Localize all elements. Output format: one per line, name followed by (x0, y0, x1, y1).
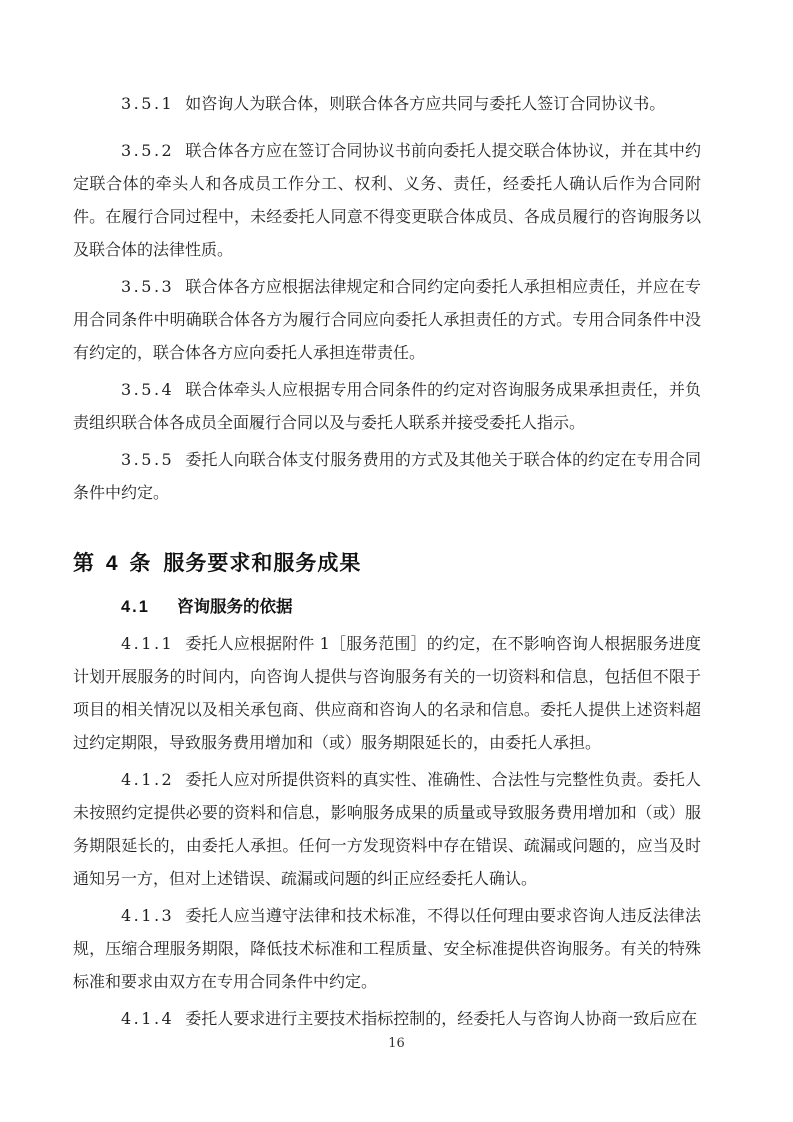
clause-paragraph-4-1-4: 4.1.4委托人要求进行主要技术指标控制的，经委托人与咨询人协商一致后应在 (73, 1002, 701, 1035)
clause-number: 4.1.2 (121, 770, 174, 789)
clause-number: 4.1.4 (121, 1009, 174, 1028)
section-title: 咨询服务的依据 (177, 598, 293, 616)
clause-paragraph-3-5-5: 3.5.5委托人向联合体支付服务费用的方式及其他关于联合体的约定在专用合同条件中… (73, 443, 701, 509)
clause-text: 如咨询人为联合体，则联合体各方应共同与委托人签订合同协议书。 (185, 94, 665, 113)
document-page: 3.5.1如咨询人为联合体，则联合体各方应共同与委托人签订合同协议书。 3.5.… (0, 0, 793, 1122)
clause-paragraph-3-5-2: 3.5.2联合体各方应在签订合同协议书前向委托人提交联合体协议，并在其中约定联合… (73, 134, 701, 266)
clause-number: 4.1.3 (121, 906, 174, 925)
clause-number: 3.5.4 (121, 380, 174, 399)
page-number: 16 (0, 1036, 793, 1051)
clause-paragraph-3-5-4: 3.5.4联合体牵头人应根据专用合同条件的约定对咨询服务成果承担责任，并负责组织… (73, 373, 701, 439)
clause-paragraph-4-1-3: 4.1.3委托人应当遵守法律和技术标准，不得以任何理由要求咨询人违反法律法规，压… (73, 899, 701, 998)
section-number: 4.1 (121, 598, 150, 616)
article-title: 服务要求和服务成果 (163, 552, 361, 575)
clause-paragraph-3-5-1: 3.5.1如咨询人为联合体，则联合体各方应共同与委托人签订合同协议书。 (73, 87, 701, 120)
article-number: 第 4 条 (73, 552, 153, 575)
article-4-heading: 第 4 条服务要求和服务成果 (73, 549, 701, 579)
clause-number: 3.5.1 (121, 94, 174, 113)
document-content: 3.5.1如咨询人为联合体，则联合体各方应共同与委托人签订合同协议书。 3.5.… (73, 87, 701, 1039)
clause-number: 4.1.1 (121, 634, 174, 653)
clause-paragraph-4-1-2: 4.1.2委托人应对所提供资料的真实性、准确性、合法性与完整性负责。委托人未按照… (73, 763, 701, 895)
clause-paragraph-4-1-1: 4.1.1委托人应根据附件 1［服务范围］的约定，在不影响咨询人根据服务进度计划… (73, 627, 701, 759)
clause-number: 3.5.2 (121, 141, 174, 160)
section-4-1-heading: 4.1咨询服务的依据 (73, 594, 701, 620)
clause-number: 3.5.3 (121, 277, 174, 296)
clause-paragraph-3-5-3: 3.5.3联合体各方应根据法律规定和合同约定向委托人承担相应责任，并应在专用合同… (73, 270, 701, 369)
clause-text: 委托人要求进行主要技术指标控制的，经委托人与咨询人协商一致后应在 (185, 1009, 697, 1028)
clause-number: 3.5.5 (121, 450, 174, 469)
